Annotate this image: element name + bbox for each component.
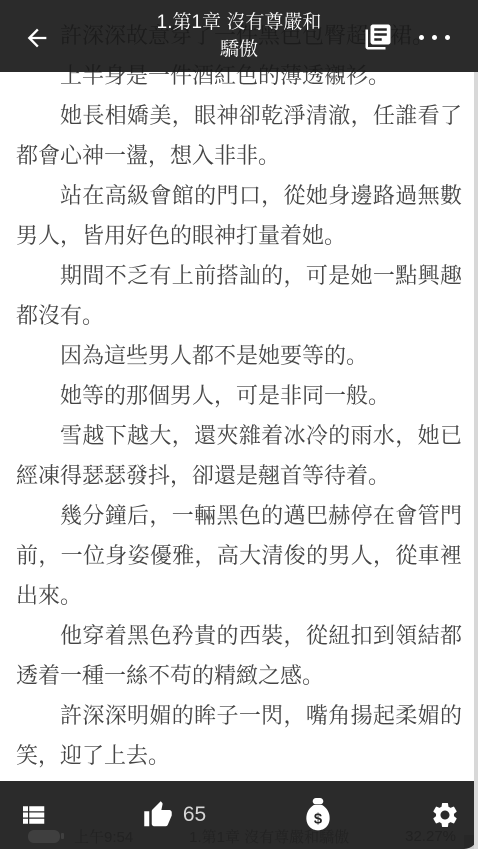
chapter-title-line1: 1.第1章 沒有尊嚴和 (119, 9, 359, 36)
paragraph: 她等的那個男人，可是非同一般。 (16, 376, 462, 416)
paragraph: 她長相嬌美，眼神卻乾淨清澈，任誰看了都會心神一盪，想入非非。 (16, 96, 462, 176)
svg-text:$: $ (314, 811, 323, 827)
reader-toolbar: 65 $ (0, 781, 478, 849)
settings-button[interactable] (430, 800, 460, 830)
paragraph: 站在高級會館的門口，從她身邊路過無數男人，皆用好色的眼神打量着她。 (16, 176, 462, 256)
reading-pages-icon (363, 22, 393, 52)
paragraph: 他穿着黑色矜貴的西裝，從紐扣到領結都透着一種一絲不苟的精緻之感。 (16, 616, 462, 696)
right-edge-strip (474, 72, 478, 849)
reader-page: 許深深故意穿了一件黑色包臀超短裙。 上半身是一件酒紅色的薄透襯衫。 她長相嬌美，… (0, 0, 478, 849)
chapter-list-button[interactable] (18, 800, 48, 830)
back-button[interactable] (22, 23, 52, 53)
gear-icon (430, 800, 460, 830)
paragraph: 雪越下越大，還夾雜着冰冷的雨水，她已經凍得瑟瑟發抖，卻還是翹首等待着。 (16, 416, 462, 496)
reading-area[interactable]: 許深深故意穿了一件黑色包臀超短裙。 上半身是一件酒紅色的薄透襯衫。 她長相嬌美，… (0, 0, 478, 849)
chapter-title-line2: 驕傲 (119, 36, 359, 63)
like-count: 65 (183, 803, 206, 827)
reader-header: 1.第1章 沒有尊嚴和 驕傲 (0, 0, 478, 72)
paragraph: 幾分鐘后，一輛黑色的邁巴赫停在會管門前，一位身姿優雅，高大清俊的男人，從車裡出來… (16, 496, 462, 616)
chapter-title: 1.第1章 沒有尊嚴和 驕傲 (119, 9, 359, 63)
reward-button[interactable]: $ (301, 797, 335, 833)
arrow-left-icon (23, 24, 51, 52)
paragraph: 許深深明媚的眸子一閃，嘴角揚起柔媚的笑，迎了上去。 (16, 696, 462, 776)
paragraph: 因為這些男人都不是她要等的。 (16, 336, 462, 376)
like-button[interactable]: 65 (143, 800, 206, 830)
more-menu-button[interactable] (414, 26, 454, 48)
thumbs-up-icon (143, 800, 173, 830)
list-icon (18, 800, 48, 830)
money-bag-icon: $ (301, 797, 335, 833)
paragraph: 期間不乏有上前搭訕的，可是她一點興趣都沒有。 (16, 256, 462, 336)
more-dots-icon (419, 35, 450, 40)
reading-mode-button[interactable] (362, 21, 394, 53)
